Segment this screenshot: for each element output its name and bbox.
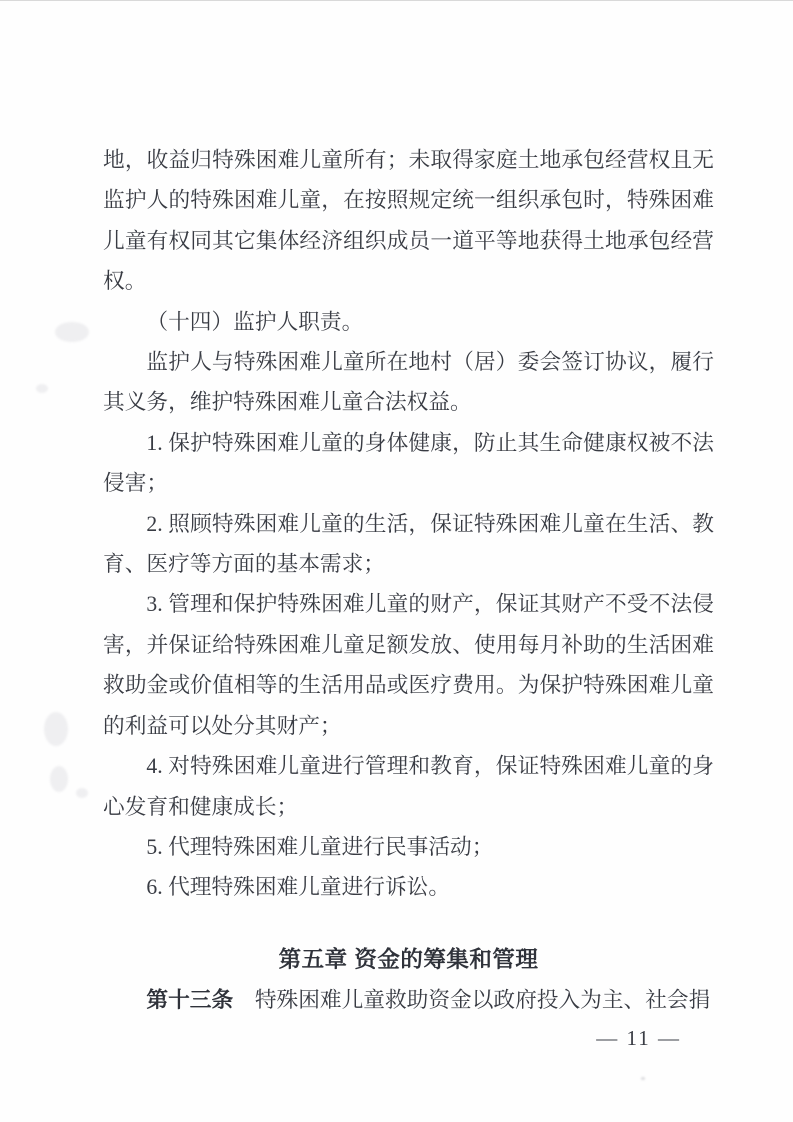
scan-artifact [55, 322, 89, 342]
document-page: 地，收益归特殊困难儿童所有；未取得家庭土地承包经营权且无监护人的特殊困难儿童，在… [0, 0, 793, 1122]
body-paragraph: （十四）监护人职责。 [103, 302, 714, 342]
body-paragraph: 5. 代理特殊困难儿童进行民事活动； [103, 827, 714, 867]
body-paragraph: 1. 保护特殊困难儿童的身体健康，防止其生命健康权被不法侵害； [103, 423, 714, 504]
article-number: 第十三条 [146, 987, 233, 1012]
body-paragraph: 3. 管理和保护特殊困难儿童的财产，保证其财产不受不法侵害，并保证给特殊困难儿童… [103, 584, 714, 746]
body-paragraph: 6. 代理特殊困难儿童进行诉讼。 [103, 867, 714, 907]
document-body: 地，收益归特殊困难儿童所有；未取得家庭土地承包经营权且无监护人的特殊困难儿童，在… [103, 140, 714, 1021]
scan-artifact [36, 384, 48, 393]
scan-artifact [641, 1077, 645, 1080]
article-text: 特殊困难儿童救助资金以政府投入为主、社会捐 [255, 988, 710, 1012]
scan-artifact [44, 712, 68, 746]
body-paragraph: 2. 照顾特殊困难儿童的生活，保证特殊困难儿童在生活、教育、医疗等方面的基本需求… [103, 504, 714, 585]
chapter-heading: 第五章 资金的筹集和管理 [103, 940, 714, 980]
body-paragraph: 4. 对特殊困难儿童进行管理和教育，保证特殊困难儿童的身心发育和健康成长； [103, 746, 714, 827]
body-paragraph: 监护人与特殊困难儿童所在地村（居）委会签订协议，履行其义务，维护特殊困难儿童合法… [103, 342, 714, 423]
article-paragraph: 第十三条特殊困难儿童救助资金以政府投入为主、社会捐 [103, 980, 714, 1020]
scan-artifact [76, 788, 88, 798]
body-paragraph: 地，收益归特殊困难儿童所有；未取得家庭土地承包经营权且无监护人的特殊困难儿童，在… [103, 140, 714, 302]
scan-artifact [50, 766, 68, 792]
scan-edge-line [0, 0, 793, 1]
page-number: — 11 — [596, 1026, 681, 1051]
